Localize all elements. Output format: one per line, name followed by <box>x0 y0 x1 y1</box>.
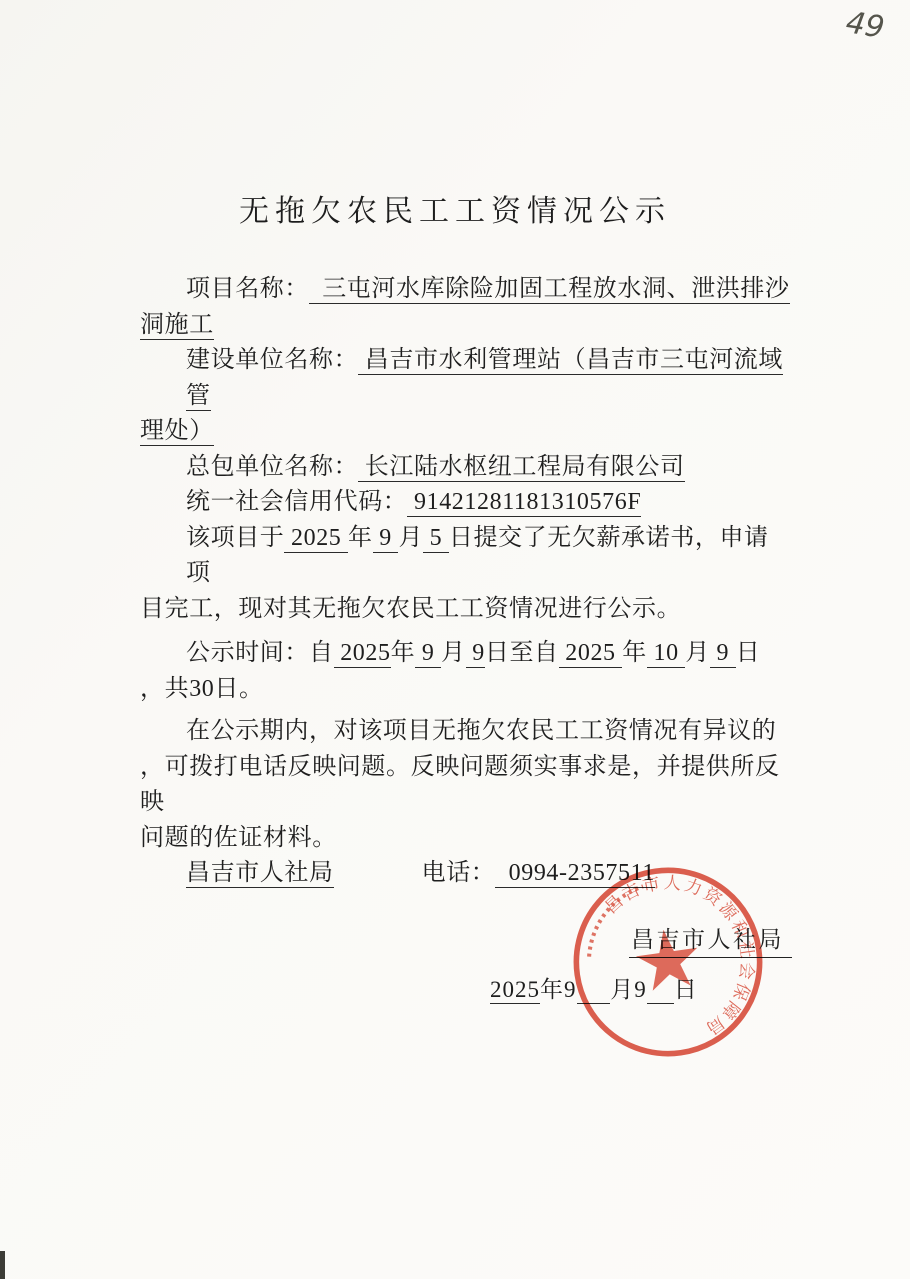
doc-line-publicity-period: 公示时间：自 2025年 9 月 9日至自 2025 年 10 月 9 日 <box>140 636 790 672</box>
text-segment: 目完工，现对其无拖欠农民工工资情况进行公示。 <box>140 596 681 622</box>
date-month-underlined: 9 <box>415 640 441 668</box>
doc-line-objection-2: ，可拨打电话反映问题。反映问题须实事求是，并提供所反映 <box>140 750 790 821</box>
field-value-underlined: 长江陆水枢纽工程局有限公司 <box>358 454 684 482</box>
official-red-stamp: 昌吉市人力资源和社会保障局 <box>542 836 795 1089</box>
text-segment: 问题的佐证材料。 <box>140 825 337 851</box>
text-segment: 月 <box>441 640 466 666</box>
field-label: 统一社会信用代码： <box>186 489 407 515</box>
text-segment: 月 <box>685 640 710 666</box>
text-segment: ，共30日。 <box>140 676 264 702</box>
text-segment: 在公示期内，对该项目无拖欠农民工工资情况有异议的 <box>186 718 776 744</box>
date-month-underlined: 10 <box>647 640 685 668</box>
bureau-name-underlined: 昌吉市人社局 <box>186 860 334 888</box>
text-segment: 日至自 <box>485 640 559 666</box>
doc-line-owner-unit: 建设单位名称： 昌吉市水利管理站（昌吉市三屯河流域管 <box>140 343 790 414</box>
field-value-underlined: 理处） <box>140 418 214 446</box>
doc-line-submission-cont: 目完工，现对其无拖欠农民工工资情况进行公示。 <box>140 592 790 628</box>
doc-line-contractor-unit: 总包单位名称： 长江陆水枢纽工程局有限公司 <box>140 450 790 486</box>
field-value-underlined: 三屯河水库除险加固工程放水洞、泄洪排沙 <box>309 276 790 304</box>
date-day-underlined: 9 <box>710 640 736 668</box>
text-segment: 该项目于 <box>186 525 284 551</box>
sig-date-year: 2025 <box>490 977 540 1004</box>
document-title: 无拖欠农民工工资情况公示 <box>0 186 910 230</box>
text-segment: 年 <box>622 640 647 666</box>
credit-code-value: 91421281181310576F <box>407 489 641 517</box>
doc-line-project-name-cont: 洞施工 <box>140 308 790 344</box>
date-year-underlined: 2025 <box>559 640 623 668</box>
field-label: 项目名称： <box>186 276 309 302</box>
date-month-underlined: 9 <box>373 525 399 553</box>
date-year-underlined: 2025 <box>334 640 391 668</box>
handwritten-page-number: 49 <box>843 5 886 46</box>
text-segment: 公示时间：自 <box>186 640 334 666</box>
star-icon <box>633 925 703 992</box>
text-segment: ，可拨打电话反映问题。反映问题须实事求是，并提供所反映 <box>140 754 780 816</box>
date-day-underlined: 9 <box>466 640 485 668</box>
date-year-underlined: 2025 <box>284 525 348 553</box>
field-label: 总包单位名称： <box>186 454 358 480</box>
scanned-document-page: 49 无拖欠农民工工资情况公示 项目名称： 三屯河水库除险加固工程放水洞、泄洪排… <box>0 0 910 1279</box>
doc-line-objection-1: 在公示期内，对该项目无拖欠农民工工资情况有异议的 <box>140 714 790 750</box>
doc-line-credit-code: 统一社会信用代码： 91421281181310576F <box>140 485 790 521</box>
doc-line-owner-unit-cont: 理处） <box>140 414 790 450</box>
date-day-underlined: 5 <box>423 525 449 553</box>
doc-line-submission: 该项目于 2025 年 9 月 5 日提交了无欠薪承诺书，申请项 <box>140 521 790 592</box>
field-value-underlined: 洞施工 <box>140 312 214 340</box>
document-body: 项目名称： 三屯河水库除险加固工程放水洞、泄洪排沙 洞施工 建设单位名称： 昌吉… <box>140 272 790 892</box>
scan-edge-artifact <box>0 1251 5 1279</box>
text-segment: 日 <box>736 640 761 666</box>
phone-label: 电话： <box>422 860 496 886</box>
text-segment: 月 <box>398 525 423 551</box>
doc-line-duration: ，共30日。 <box>140 672 790 708</box>
text-segment: 年 <box>348 525 373 551</box>
field-label: 建设单位名称： <box>186 347 358 373</box>
doc-line-project-name: 项目名称： 三屯河水库除险加固工程放水洞、泄洪排沙 <box>140 272 790 308</box>
text-segment: 年 <box>391 640 416 666</box>
